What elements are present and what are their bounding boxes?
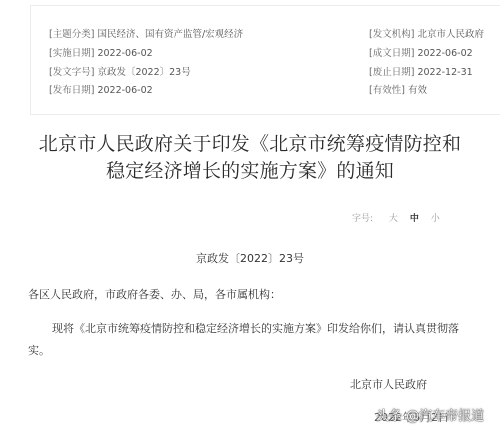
font-size-label: 字号:: [352, 214, 373, 224]
meta-issuer: [发文机构] 北京市人民政府: [369, 26, 484, 45]
body-paragraph: 现将《北京市统筹疫情防控和稳定经济增长的实施方案》印发给你们，请认真贯彻落实。: [28, 318, 468, 362]
metadata-right-column: [发文机构] 北京市人民政府 [成文日期] 2022-06-02 [废止日期] …: [369, 26, 484, 101]
meta-publish-date: [发布日期] 2022-06-02: [49, 82, 243, 101]
font-size-control: 字号: 大 中 小: [352, 211, 440, 224]
meta-validity: [有效性] 有效: [369, 82, 484, 101]
document-title: 北京市人民政府关于印发《北京市统筹疫情防控和 稳定经济增长的实施方案》的通知: [0, 131, 500, 185]
font-size-medium-button[interactable]: 中: [410, 214, 419, 224]
title-line-1: 北京市人民政府关于印发《北京市统筹疫情防控和: [0, 131, 500, 158]
signer: 北京市人民政府: [350, 376, 427, 392]
salutation: 各区人民政府，市政府各委、办、局，各市属机构：: [28, 286, 281, 302]
font-size-large-button[interactable]: 大: [389, 214, 398, 224]
font-size-small-button[interactable]: 小: [431, 214, 440, 224]
doc-number: 京政发〔2022〕23号: [0, 250, 500, 266]
meta-expiry-date: [废止日期] 2022-12-31: [369, 64, 484, 83]
meta-effective-date: [实施日期] 2022-06-02: [49, 45, 243, 64]
meta-topic: [主题分类] 国民经济、国有资产监管/宏观经济: [49, 26, 243, 45]
metadata-panel: [主题分类] 国民经济、国有资产监管/宏观经济 [实施日期] 2022-06-0…: [30, 5, 500, 115]
meta-doc-number: [发文字号] 京政发〔2022〕23号: [49, 64, 243, 83]
metadata-left-column: [主题分类] 国民经济、国有资产监管/宏观经济 [实施日期] 2022-06-0…: [49, 26, 243, 101]
meta-written-date: [成文日期] 2022-06-02: [369, 45, 484, 64]
title-line-2: 稳定经济增长的实施方案》的通知: [0, 158, 500, 185]
watermark: 头条 @汽车帝报道: [376, 405, 484, 424]
